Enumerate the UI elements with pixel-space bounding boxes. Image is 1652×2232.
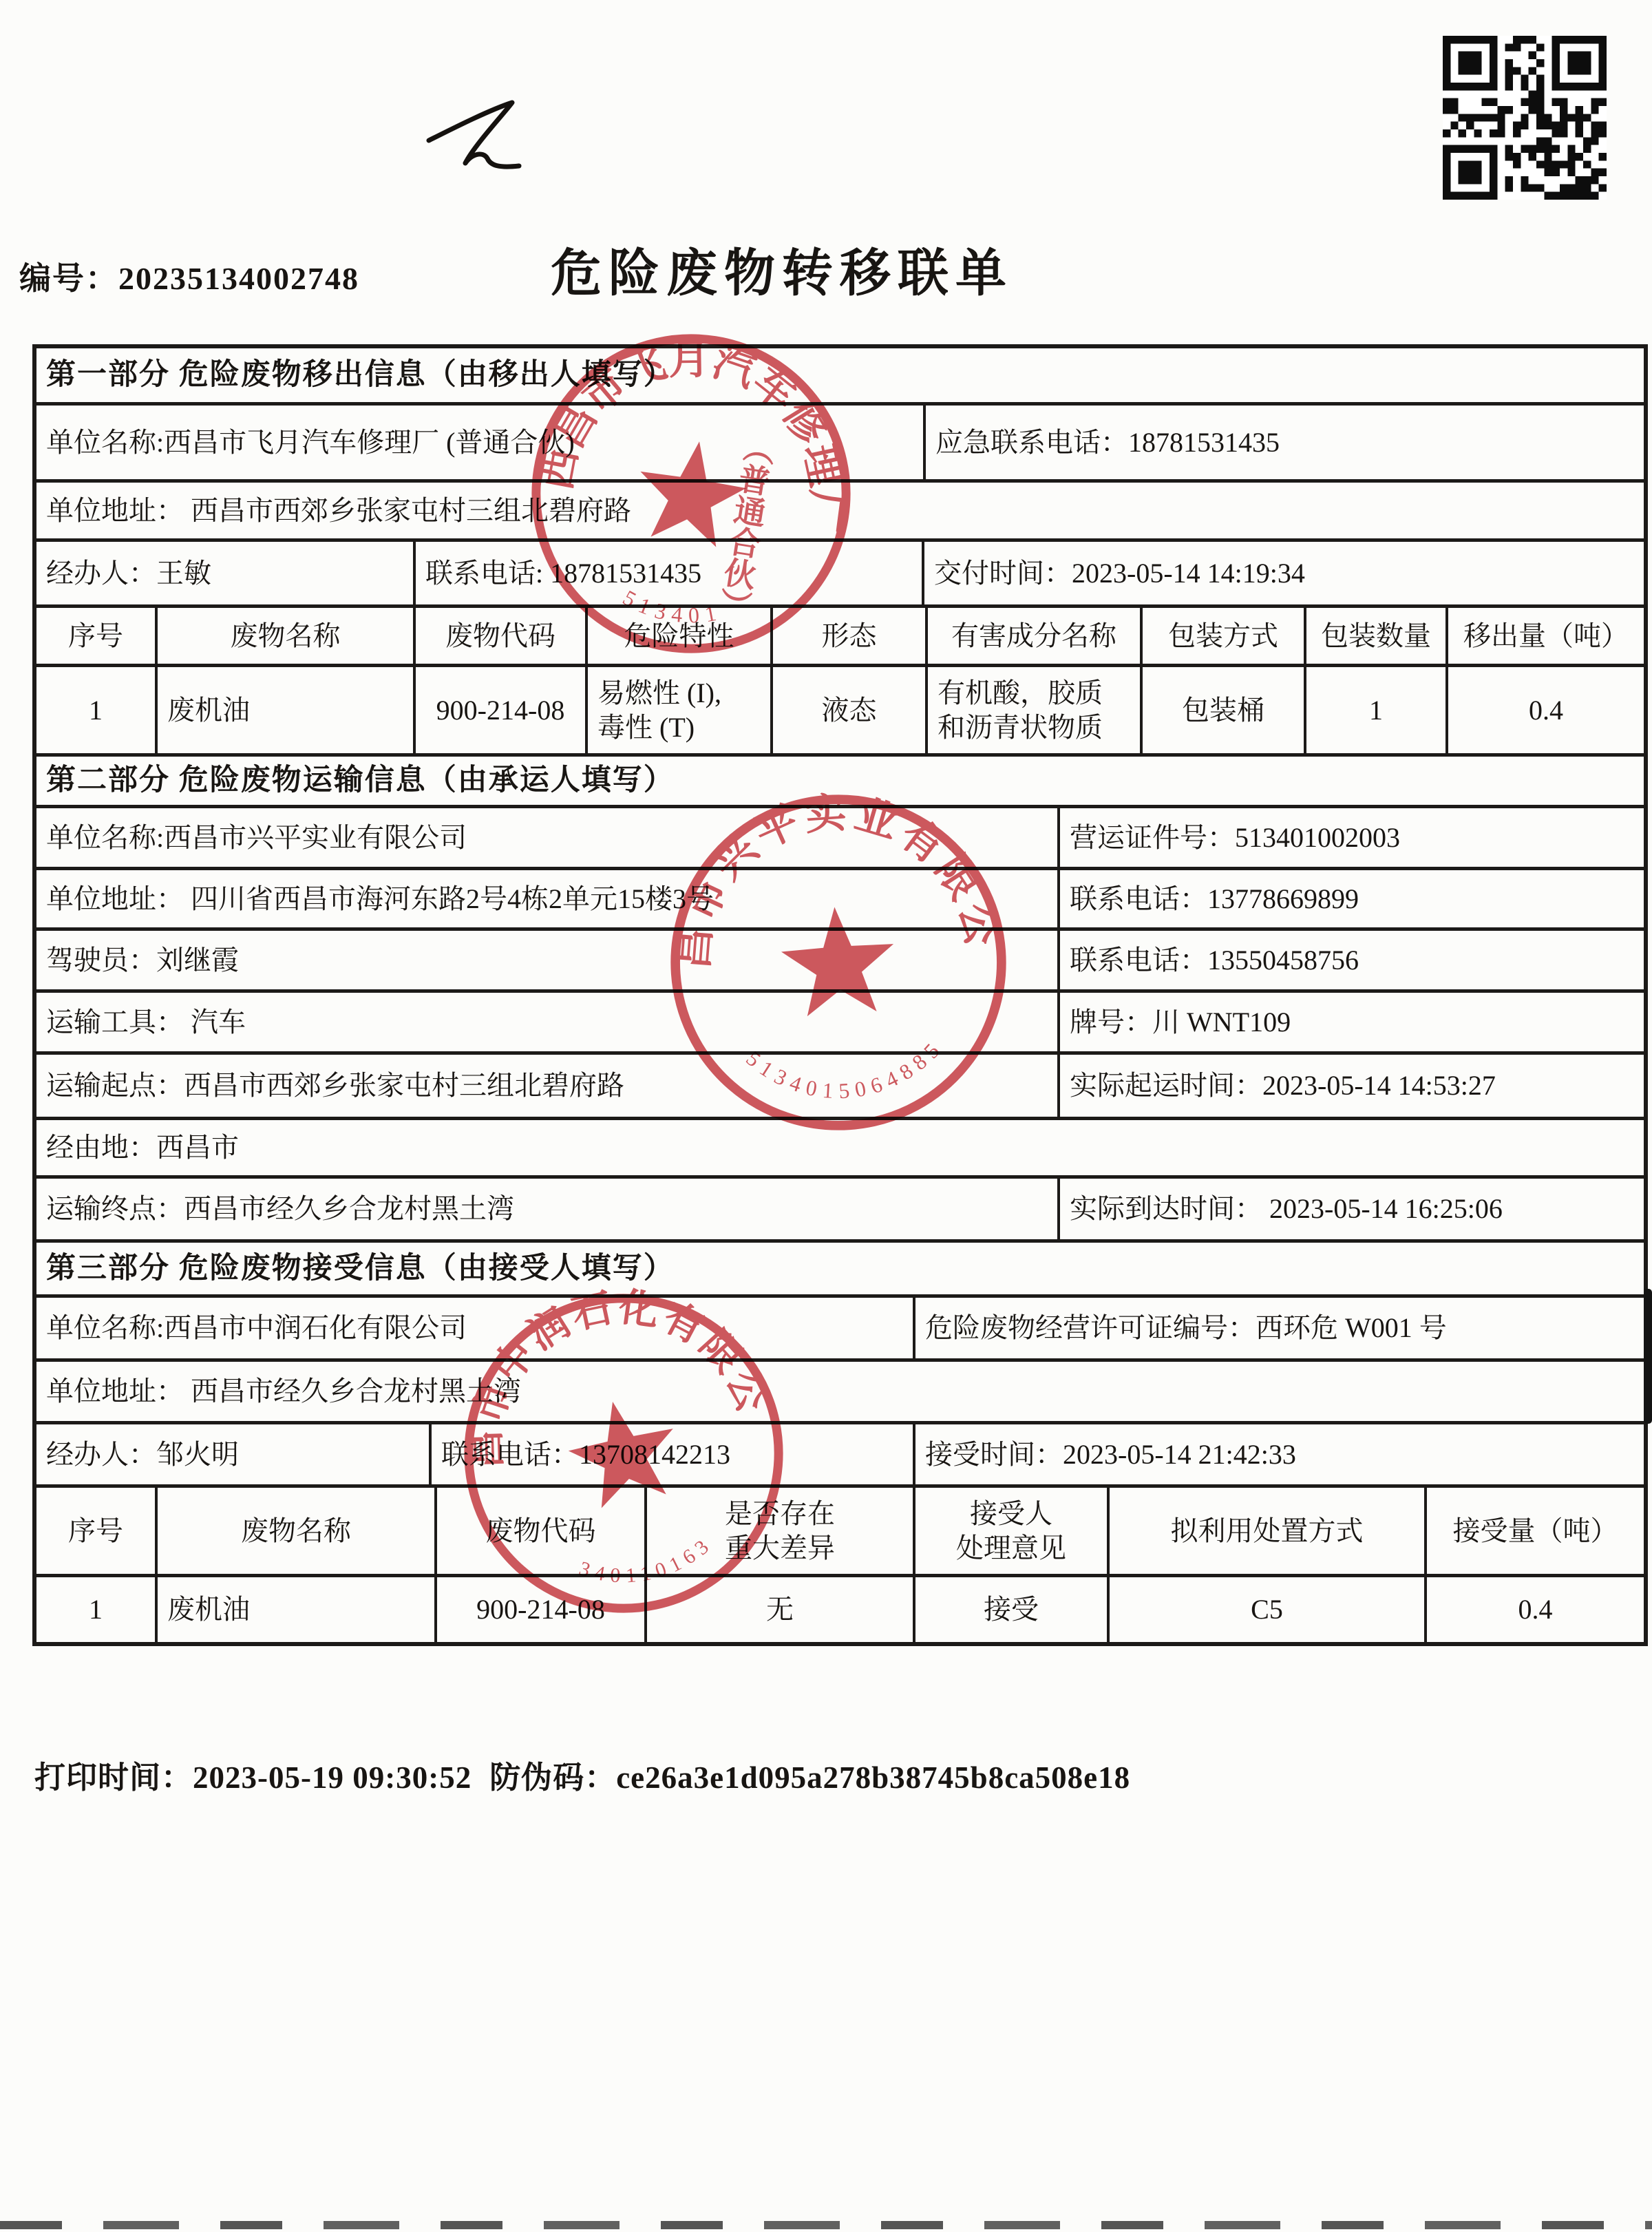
s3-unit-address: 单位地址： 西昌市经久乡合龙村黑土湾 [36, 1362, 1644, 1421]
column-header: 废物名称 [155, 608, 413, 664]
s2-arrive-time: 实际到达时间： 2023-05-14 16:25:06 [1057, 1179, 1644, 1239]
s1-waste-data-row: 1 废机油 900-214-08 易燃性 (I), 毒性 (T) 液态 有机酸，… [36, 664, 1644, 753]
cell-component: 有机酸，胶质 和沥青状物质 [925, 667, 1140, 753]
s1-emergency-phone: 应急联系电话：18781531435 [923, 406, 1644, 479]
s2-phone2: 联系电话：13550458756 [1057, 931, 1644, 989]
column-header: 包装数量 [1304, 608, 1445, 664]
document-serial-number: 编号：20235134002748 [19, 253, 359, 299]
cell-seq: 1 [36, 1577, 155, 1642]
s2-license-no: 营运证件号：513401002003 [1057, 808, 1644, 867]
cell-waste-name: 废机油 [155, 667, 413, 753]
company-seal-remover: 西昌市飞月汽车修理厂 513401 [495, 297, 887, 690]
document-title: 危险废物转移联单 [551, 233, 1013, 306]
print-time: 打印时间：2023-05-19 09:30:52 [34, 1760, 472, 1795]
seal-star-icon [560, 1391, 686, 1513]
company-seal-receiver: 西昌市中润石化有限公司 340110163 [421, 1250, 827, 1657]
table-row: 运输终点：西昌市经久乡合龙村黑土湾 实际到达时间： 2023-05-14 16:… [36, 1175, 1644, 1239]
s3-waste-table-header-row: 序号 废物名称 废物代码 是否存在 重大差异 接受人 处理意见 拟利用处置方式 … [36, 1484, 1644, 1574]
cell-seq: 1 [36, 667, 155, 753]
anti-fake-code: 防伪码：ce26a3e1d095a278b38745b8ca508e18 [489, 1760, 1130, 1795]
s2-destination: 运输终点：西昌市经久乡合龙村黑土湾 [36, 1179, 1057, 1239]
s2-phone1: 联系电话：13778669899 [1057, 870, 1644, 927]
print-info-line: 打印时间：2023-05-19 09:30:52防伪码：ce26a3e1d095… [34, 1752, 1148, 1797]
column-header: 包装方式 [1140, 608, 1304, 664]
cell-disposal-method: C5 [1107, 1577, 1424, 1642]
s3-agent: 经办人：邹火明 [36, 1424, 429, 1484]
cell-hazard: 易燃性 (I), 毒性 (T) [585, 667, 770, 753]
column-header: 接受量（吨） [1424, 1488, 1644, 1574]
s3-permit-no: 危险废物经营许可证编号：西环危 W001 号 [913, 1298, 1644, 1358]
qr-code [1443, 36, 1607, 200]
s3-accept-time: 接受时间：2023-05-14 21:42:33 [913, 1424, 1644, 1484]
section3-header-row: 第三部分 危险废物接受信息（由接受人填写） [36, 1239, 1644, 1294]
section3-title: 第三部分 危险废物接受信息（由接受人填写） [36, 1243, 1644, 1294]
cell-accepted-amount: 0.4 [1424, 1577, 1644, 1642]
cell-opinion: 接受 [913, 1577, 1107, 1642]
cell-waste-code: 900-214-08 [413, 667, 585, 753]
s1-agent: 经办人：王敏 [36, 542, 413, 604]
scan-bottom-artifact [0, 2221, 1652, 2229]
cell-packaging: 包装桶 [1140, 667, 1304, 753]
column-header: 序号 [36, 1488, 155, 1574]
column-header: 移出量（吨） [1445, 608, 1644, 664]
column-header: 拟利用处置方式 [1107, 1488, 1424, 1574]
scanned-document-page: 编号：20235134002748 危险废物转移联单 第一部分 危险废物移出信息… [0, 0, 1652, 2232]
column-header: 废物名称 [155, 1488, 434, 1574]
seal-star-icon [779, 903, 898, 1018]
cell-waste-name: 废机油 [155, 1577, 434, 1642]
table-row: 经办人：邹火明 联系电话：13708142213 接受时间：2023-05-14… [36, 1421, 1644, 1484]
s1-delivery-time: 交付时间：2023-05-14 14:19:34 [922, 542, 1644, 604]
column-header: 序号 [36, 608, 155, 664]
company-seal-carrier: 西昌市兴平实业有限公司 5134015064885 [646, 770, 1030, 1155]
cell-package-count: 1 [1304, 667, 1445, 753]
handwritten-squiggle [385, 69, 661, 220]
s2-plate: 牌号：川 WNT109 [1057, 993, 1644, 1051]
scan-edge-artifact [1644, 1289, 1652, 1424]
column-header: 接受人 处理意见 [913, 1488, 1107, 1574]
table-row: 单位名称:西昌市中润石化有限公司 危险废物经营许可证编号：西环危 W001 号 [36, 1294, 1644, 1358]
column-header: 有害成分名称 [925, 608, 1140, 664]
s3-waste-data-row: 1 废机油 900-214-08 无 接受 C5 0.4 [36, 1574, 1644, 1642]
cell-amount: 0.4 [1445, 667, 1644, 753]
s2-depart-time: 实际起运时间：2023-05-14 14:53:27 [1057, 1055, 1644, 1117]
table-row: 单位地址： 西昌市经久乡合龙村黑土湾 [36, 1358, 1644, 1421]
